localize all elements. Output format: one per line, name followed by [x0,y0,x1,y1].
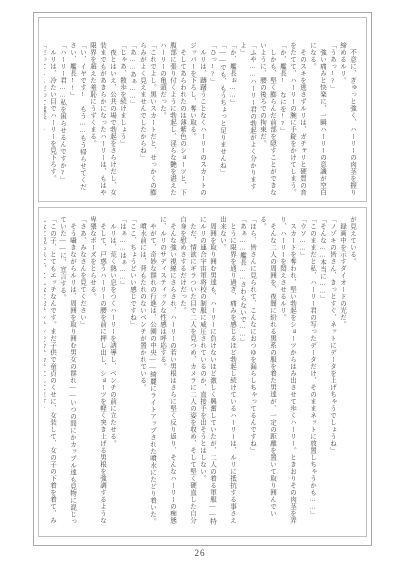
scanned-page: 不意に、ぎゅっと強く、ハーリーの肉茎を握り締めるルリ。 「うあっ!?」 強い痛み… [0,0,400,565]
text-block-bottom: が見えている。 録画中を示すダイオードの光だ。 「ノゾキの皆さん、きっとすぐ、ネ… [38,207,367,537]
vertical-text-bottom: が見えている。 録画中を示すダイオードの光だ。 「ノゾキの皆さん、きっとすぐ、ネ… [44,216,357,530]
vertical-text-top: 不意に、ぎゅっと強く、ハーリーの肉茎を握り締めるルリ。 「うあっ!?」 強い痛み… [44,42,357,196]
text-block-top: 不意に、ぎゅっと強く、ハーリーの肉茎を握り締めるルリ。 「うあっ!?」 強い痛み… [38,17,367,202]
page-number: 26 [0,548,400,558]
page-outer-frame: 不意に、ぎゅっと強く、ハーリーの肉茎を握り締めるルリ。 「うあっ!?」 強い痛み… [33,12,372,546]
